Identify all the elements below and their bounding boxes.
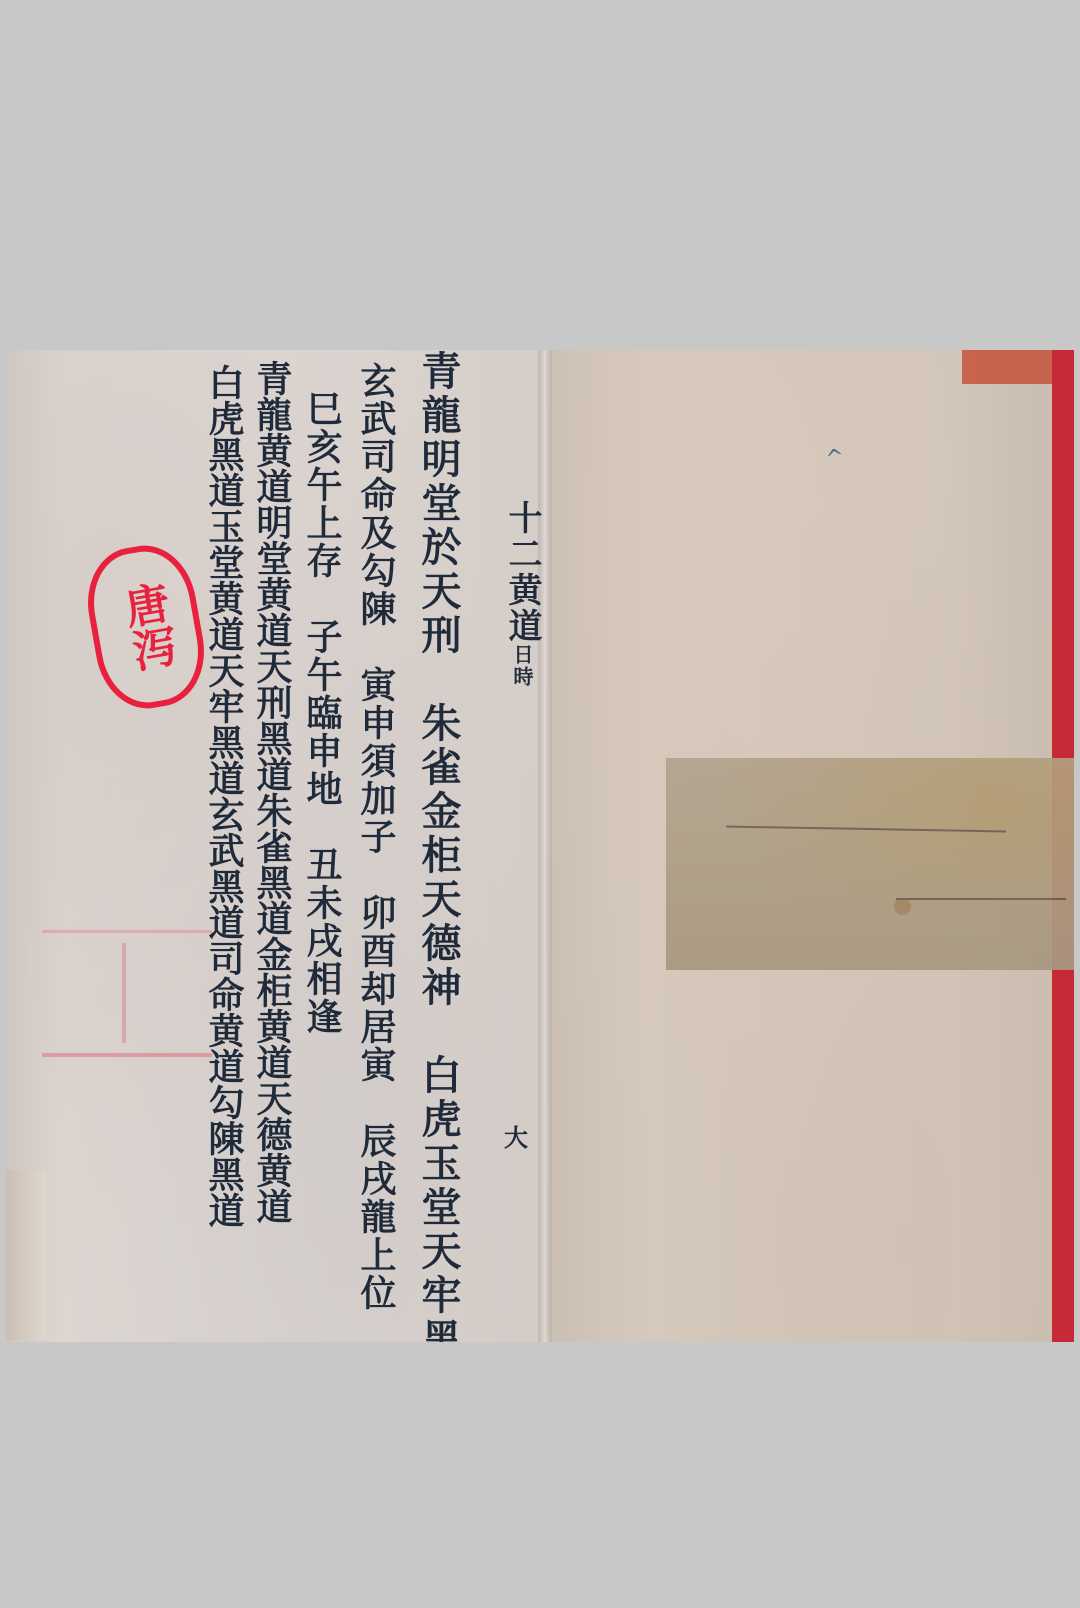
seal-text: 唐泻 — [116, 580, 177, 675]
red-paper-patch — [962, 350, 1058, 384]
frayed-edge — [6, 1170, 46, 1340]
text-column-3: 巳亥午上存 子午臨申地 丑未戌相逢 — [304, 390, 340, 870]
margin-annotation: 大 — [504, 1118, 528, 1153]
text-column-1: 青龍明堂於天刑 朱雀金柜天德神 白虎玉堂天牢黑 — [418, 350, 458, 1230]
manuscript-heading: 十二黄道日時 — [498, 500, 547, 688]
text-column-4: 青龍黄道明堂黄道天刑黑道朱雀黑道金柜黄道天德黄道 — [254, 360, 290, 1240]
text-column-2: 玄武司命及勾陳 寅申須加子 卯酉却居寅 辰戌龍上位 — [358, 362, 394, 1202]
book-spine — [538, 350, 552, 1342]
heading-subtitle: 日時 — [510, 644, 534, 688]
heading-title: 十二黄道 — [502, 500, 542, 644]
faint-red-stamp — [42, 930, 212, 1057]
text-column-5: 白虎黑道玉堂黄道天牢黑道玄武黑道司命黄道勾陳黑道 — [206, 364, 242, 1244]
repair-tape — [666, 758, 1074, 970]
manuscript-photo: ^ 十二黄道日時 青龍明堂於天刑 朱雀金柜天德神 白虎玉堂天牢黑 大 玄武司命及… — [6, 350, 1074, 1342]
